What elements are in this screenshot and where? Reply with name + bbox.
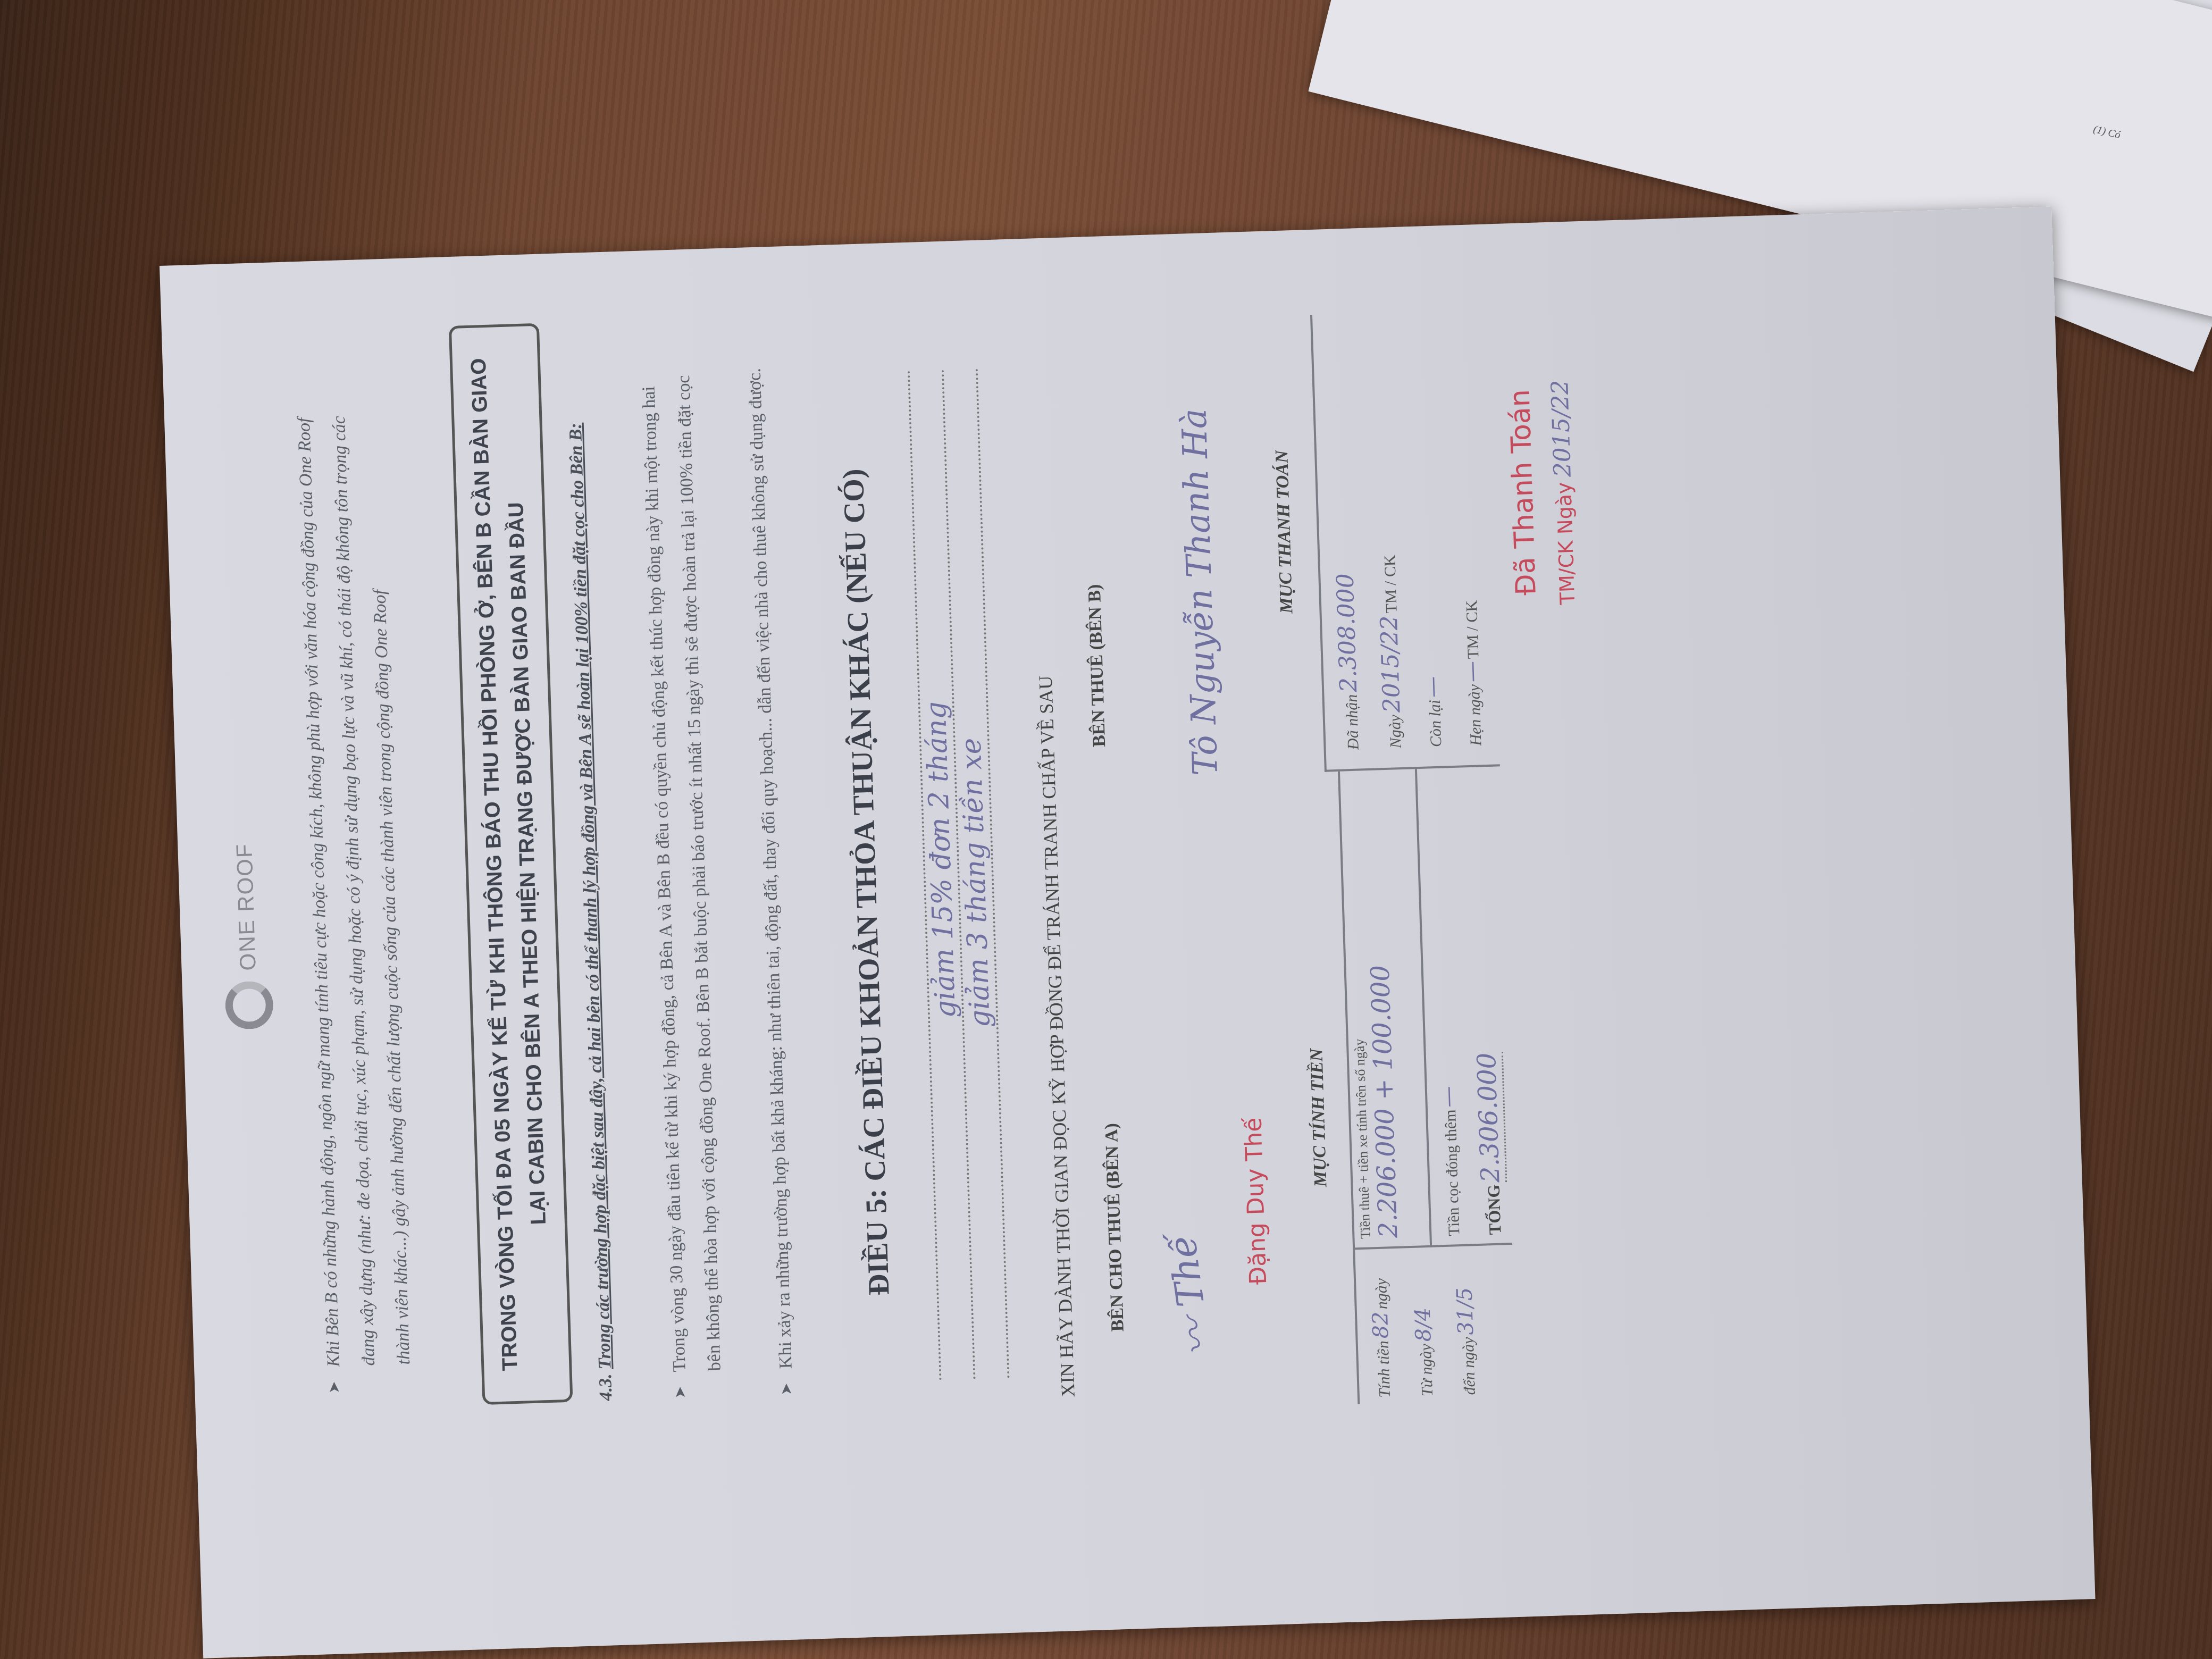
field-label: Ngày: [1386, 715, 1405, 749]
contract-page: ONE ROOF Khi Bên B có những hành động, n…: [160, 206, 2096, 1658]
field-label: Còn lại: [1426, 699, 1445, 747]
deposit-field: Tiền cọc đóng thêm —: [1436, 1086, 1465, 1236]
party-a-label: BÊN CHO THUÊ (BÊN A): [1102, 1123, 1128, 1332]
paid-stamp: Đã Thanh Toán: [1504, 389, 1543, 596]
section-4-3-bullet-1: Trong vòng 30 ngày đầu tiên kể từ khi ký…: [631, 355, 733, 1372]
payment-title: MỤC THANH TOÁN: [1272, 450, 1297, 614]
one-roof-logo: ONE ROOF: [220, 842, 274, 1030]
field-value: 2015/22: [1376, 615, 1406, 713]
due-date-field: Hẹn ngày — TM / CK: [1457, 600, 1487, 746]
field-label: ngày: [1372, 1278, 1391, 1310]
table-border: [1325, 764, 1500, 772]
field-value: —: [1436, 1086, 1461, 1108]
paid-stamp-date: TM/CK Ngày 2015/22: [1546, 380, 1580, 605]
party-a-stamped-name: Đặng Duy Thế: [1239, 1117, 1272, 1285]
section-title: Trong các trường hợp đặc biệt sau đây, c…: [566, 423, 615, 1370]
notice-box: TRONG VÒNG TỐI ĐA 05 NGÀY KỂ TỪ KHI THÔN…: [449, 323, 573, 1405]
field-label: đến ngày: [1460, 1337, 1479, 1395]
payment-method: TM / CK: [1463, 600, 1482, 659]
field-label: TỔNG: [1484, 1184, 1505, 1235]
logo-ring-icon: [224, 981, 274, 1030]
party-a-signature: 〰 Thế: [1152, 1232, 1222, 1359]
remaining-field: Còn lại —: [1420, 676, 1446, 748]
intro-bullet: Khi Bên B có những hành động, ngôn ngữ m…: [286, 375, 422, 1367]
to-date-field: đến ngày 31/5: [1453, 1287, 1480, 1395]
table-border: [1310, 315, 1327, 772]
field-value: 82: [1368, 1311, 1394, 1339]
field-value: —: [1460, 660, 1485, 682]
received-field: Đã nhận 2.308.000: [1331, 573, 1364, 750]
section-number: 4.3.: [596, 1373, 616, 1401]
field-label: Từ ngày: [1417, 1344, 1436, 1397]
field-value: 8/4: [1411, 1307, 1436, 1342]
section-4-3-bullet-2: Khi xảy ra những trường hợp bất khả khán…: [737, 353, 804, 1369]
stamp-date-value: 2015/22: [1546, 380, 1577, 477]
from-date-field: Từ ngày 8/4: [1411, 1307, 1438, 1397]
party-b-label: BÊN THUÊ (BÊN B): [1085, 584, 1110, 747]
total-field: TỔNG 2.306.000: [1472, 1052, 1507, 1235]
field-label: Đã nhận: [1343, 694, 1362, 750]
article-5-lines: giảm 15% đơn 2 tháng giảm 3 tháng tiền x…: [876, 368, 1010, 1381]
field-label: Tính tiền: [1375, 1340, 1394, 1398]
field-value: 31/5: [1453, 1287, 1479, 1335]
field-value: —: [1420, 676, 1445, 698]
payment-date-field: Ngày 2015/22 TM / CK: [1373, 555, 1406, 749]
rent-field: Tiền thuê + tiền xe tính trên số ngày 2.…: [1349, 965, 1403, 1239]
table-border: [1415, 769, 1432, 1247]
billing-title: MỤC TÍNH TIỀN: [1306, 1048, 1331, 1187]
field-value: 2.308.000: [1331, 573, 1362, 692]
days-field: Tính tiền 82 ngày: [1367, 1278, 1395, 1398]
payment-method: TM / CK: [1381, 555, 1400, 614]
page-content: ONE ROOF Khi Bên B có những hành động, n…: [161, 251, 2037, 1637]
reminder-text: XIN HÃY DÀNH THỜI GIAN ĐỌC KỸ HỢP ĐỒNG Đ…: [1034, 675, 1079, 1397]
field-value: 2.306.000: [1472, 1052, 1507, 1183]
table-border: [1353, 1243, 1512, 1250]
field-label: Hẹn ngày: [1465, 684, 1485, 746]
field-label: Tiền cọc đóng thêm: [1442, 1109, 1463, 1236]
paper-fragment: (1) Có: [2092, 123, 2122, 142]
party-b-signature: Tô Nguyễn Thanh Hà: [1175, 408, 1226, 776]
stamp-text: TM/CK Ngày: [1552, 482, 1579, 605]
logo-text: ONE ROOF: [231, 843, 261, 971]
